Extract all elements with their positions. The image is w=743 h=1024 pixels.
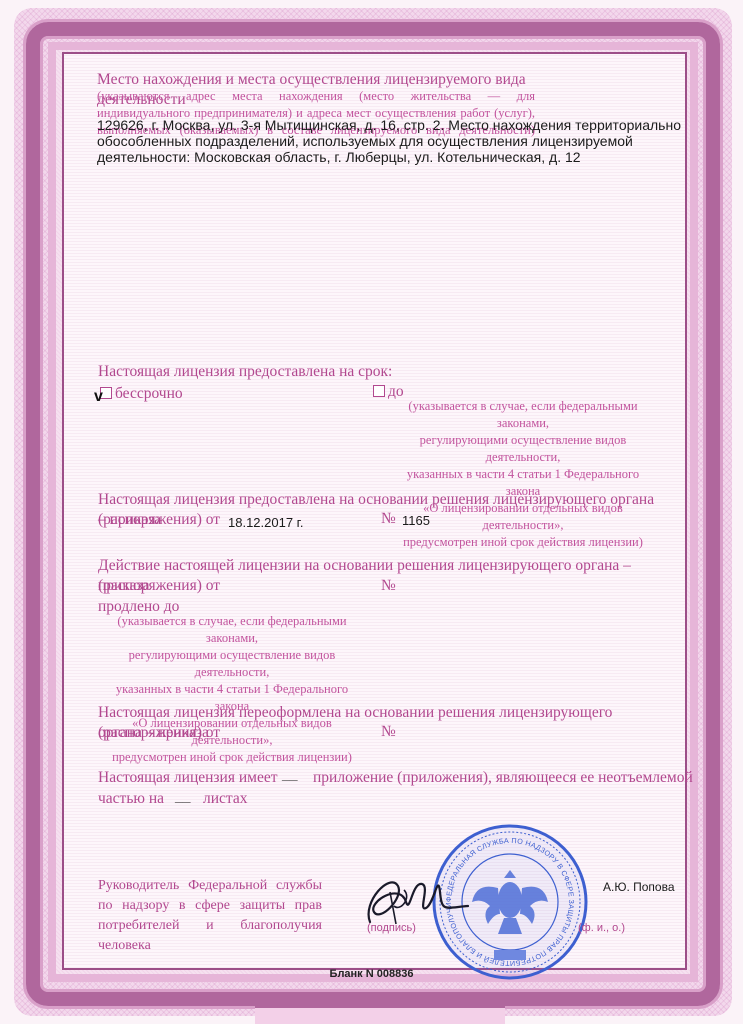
- extension-hint-line: (указывается в случае, если федеральными…: [104, 613, 360, 647]
- term-hint-line: регулирующими осуществление видов деятел…: [392, 432, 654, 466]
- address-line-2: обособленных подразделений, используемых…: [97, 133, 633, 149]
- check-mark-icon: v: [94, 388, 103, 406]
- extension-number-sign: №: [381, 576, 396, 596]
- term-indefinite-label: бессрочно: [115, 385, 183, 402]
- reissue-number-sign: №: [381, 722, 396, 742]
- extension-hint-line: предусмотрен иной срок действия лицензии…: [104, 749, 360, 766]
- appendix-line-1b: приложение (приложения), являющееся ее н…: [313, 768, 693, 788]
- basis-date: 18.12.2017 г.: [228, 515, 303, 530]
- basis-number-sign: №: [381, 509, 396, 529]
- term-heading: Настоящая лицензия предоставлена на срок…: [98, 362, 392, 382]
- appendix-line-2b: листах: [203, 789, 248, 809]
- signer-title-line: Руководитель Федеральной службы: [98, 876, 322, 896]
- reissue-line-2: (распоряжения) от: [98, 723, 220, 743]
- appendix-line-2a: частью на: [98, 789, 164, 809]
- appendix-sheets: __: [175, 788, 191, 804]
- name-caption: (ф. и., о.): [578, 922, 625, 934]
- bottom-label-tab: [255, 1006, 505, 1024]
- extension-line-2: (распоряжения) от: [98, 576, 220, 596]
- blank-number: Бланк N 008836: [0, 968, 743, 980]
- term-hint-line: (указывается в случае, если федеральными…: [392, 398, 654, 432]
- license-page: Место нахождения и места осуществления л…: [0, 0, 743, 1024]
- checkbox-until[interactable]: [373, 385, 385, 397]
- signer-name: А.Ю. Попова: [603, 880, 675, 894]
- basis-number: 1165: [402, 513, 430, 528]
- signer-title-line: по надзору в сфере защиты прав: [98, 896, 322, 916]
- address-line-1: 129626, г. Москва, ул. 3-я Мытищинская, …: [97, 117, 681, 133]
- signature-caption: (подпись): [367, 922, 416, 934]
- term-hint-line: предусмотрен иной срок действия лицензии…: [392, 534, 654, 551]
- appendix-count: __: [282, 766, 298, 782]
- term-indefinite-option[interactable]: бессрочно: [100, 384, 183, 404]
- address-line-3: деятельности: Московская область, г. Люб…: [97, 149, 581, 165]
- extension-hint-line: регулирующими осуществление видов деятел…: [104, 647, 360, 681]
- basis-line-2: (распоряжения) от: [98, 510, 220, 530]
- signer-title-line: потребителей и благополучия человека: [98, 916, 322, 956]
- appendix-line-1a: Настоящая лицензия имеет: [98, 768, 277, 788]
- signer-title: Руководитель Федеральной службы по надзо…: [98, 876, 322, 956]
- extension-hint: (указывается в случае, если федеральными…: [104, 613, 360, 766]
